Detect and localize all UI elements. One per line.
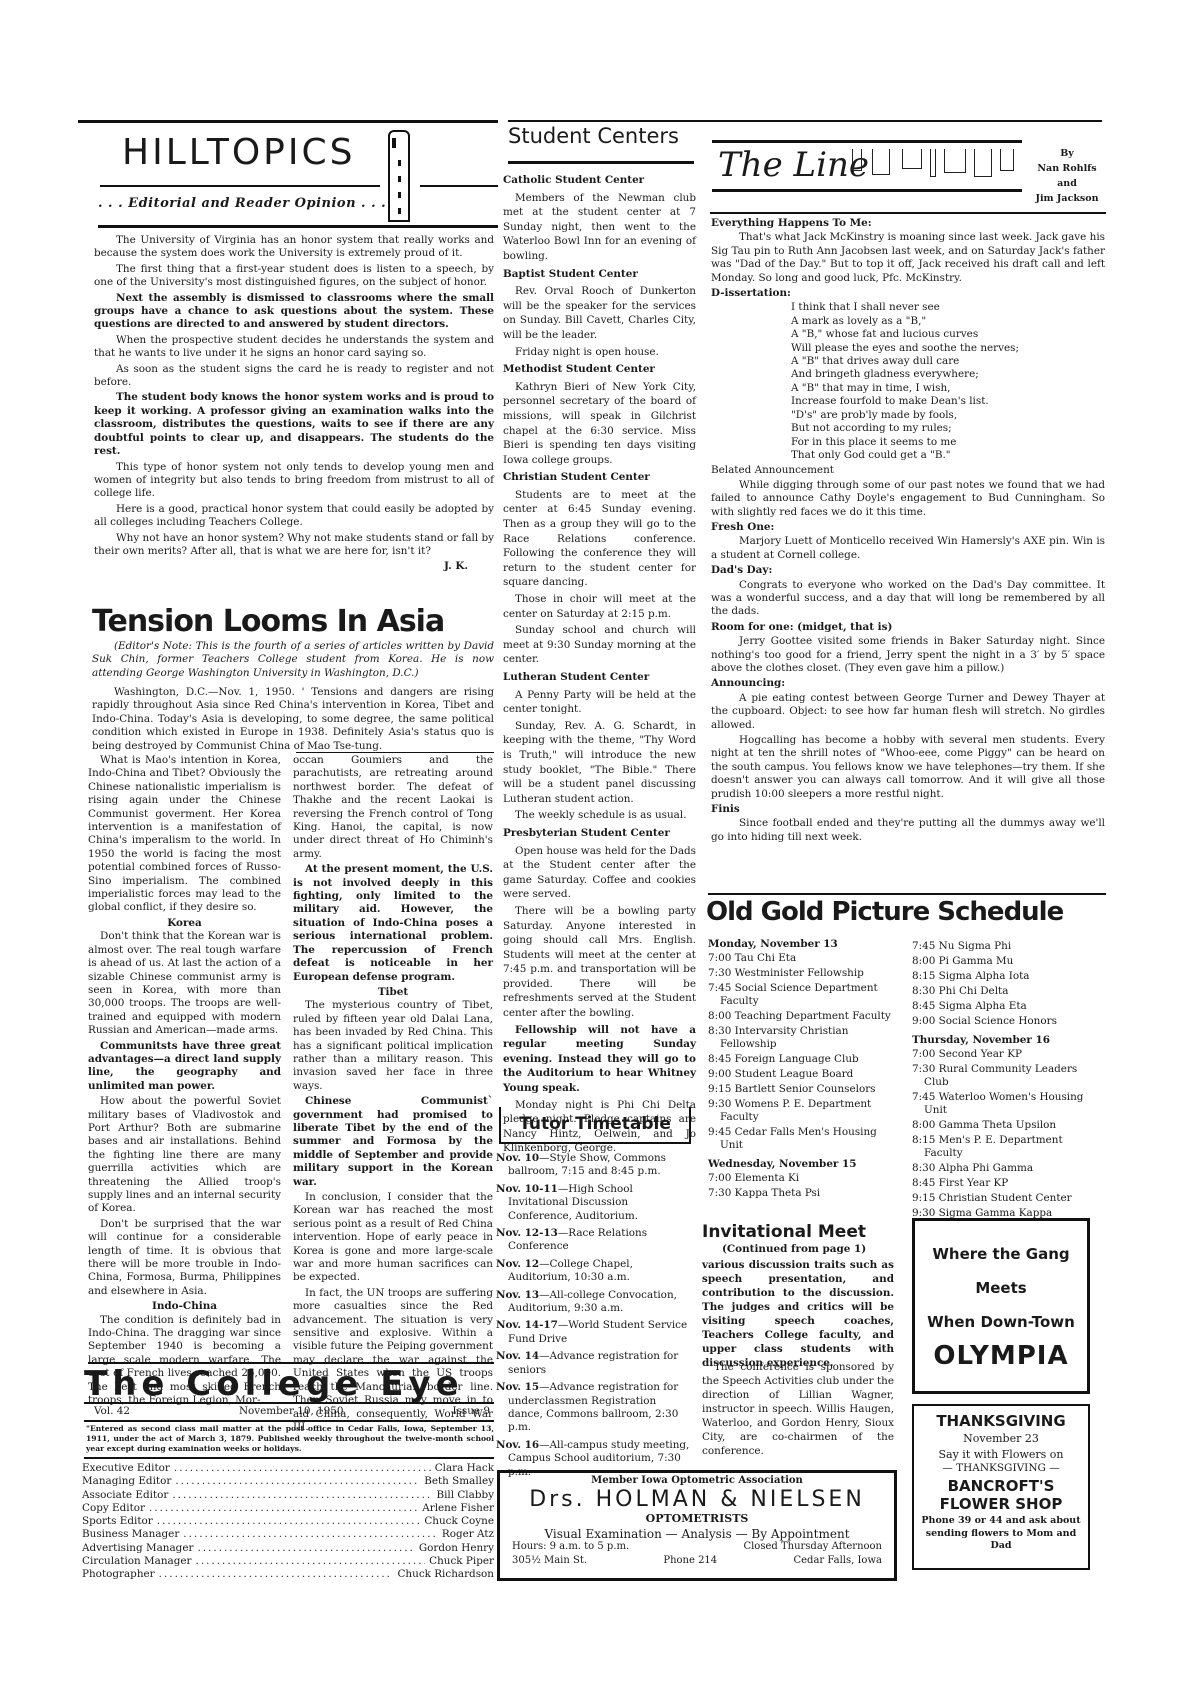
schedule-item: 9:45 Cedar Falls Men's Housing Unit [708, 1126, 896, 1152]
poem-line: And bringeth gladness everywhere; [791, 368, 1105, 381]
olympia-ad: Where the Gang Meets When Down-Town OLYM… [912, 1218, 1090, 1394]
divider [710, 212, 1106, 214]
poem-line: That only God could get a "B." [791, 449, 1105, 462]
schedule-item: 8:30 Phi Chi Delta [912, 985, 1102, 998]
column-heading: Dad's Day: [711, 564, 1105, 577]
timetable-date: Nov. 13 [496, 1289, 539, 1301]
tutor-timetable-list: Nov. 10—Style Show, Commons ballroom, 7:… [496, 1152, 694, 1483]
staff-role: Copy Editor [82, 1502, 145, 1515]
schedule-item: 9:00 Social Science Honors [912, 1015, 1102, 1028]
poem-line: "D's" are prob'ly made by fools, [791, 409, 1105, 422]
schedule-item: 8:00 Pi Gamma Mu [912, 955, 1102, 968]
student-centers-title: Student Centers [508, 124, 679, 148]
center-paragraph: Friday night is open house. [503, 345, 696, 360]
timetable-dash: — [539, 1350, 549, 1362]
column-paragraph: Marjory Luett of Monticello received Win… [711, 535, 1105, 562]
schedule-item: 9:15 Bartlett Senior Counselors [708, 1083, 896, 1096]
center-paragraph: The weekly schedule is as usual. [503, 808, 696, 823]
staff-name: Chuck Coyne [424, 1515, 494, 1528]
editorial-paragraph: As soon as the student signs the card he… [94, 363, 494, 390]
timetable-date: Nov. 12 [496, 1258, 539, 1270]
timetable-item: Nov. 12—College Chapel, Auditorium, 10:3… [496, 1258, 694, 1285]
staff-role: Associate Editor [82, 1489, 168, 1502]
services: Visual Examination — Analysis — By Appoi… [500, 1527, 894, 1541]
schedule-item: 8:15 Sigma Alpha Iota [912, 970, 1102, 983]
schedule-item: 8:45 Sigma Alpha Eta [912, 1000, 1102, 1013]
timetable-dash: — [539, 1152, 549, 1164]
article-paragraph: Don't be surprised that the war will con… [88, 1218, 281, 1298]
timetable-date: Nov. 10-11 [496, 1183, 558, 1195]
staff-name: Gordon Henry [419, 1542, 494, 1555]
staff-role: Executive Editor [82, 1462, 170, 1475]
leader-dots [196, 1555, 426, 1568]
timetable-item: Nov. 10—Style Show, Commons ballroom, 7:… [496, 1152, 694, 1179]
student-centers-body: Catholic Student CenterMembers of the Ne… [503, 170, 696, 1158]
timetable-dash: — [539, 1289, 549, 1301]
column-heading: Fresh One: [711, 521, 1105, 534]
article-paragraph: occan Goumiers and the parachutists, are… [293, 754, 493, 861]
tension-headline: Tension Looms In Asia [92, 604, 444, 639]
column-heading: Room for one: (midget, that is) [711, 621, 1105, 634]
staff-name: Chuck Piper [429, 1555, 494, 1568]
editorial-paragraph: Here is a good, practical honor system t… [94, 503, 494, 530]
article-paragraph: Chinese Communist` government had promis… [293, 1095, 493, 1189]
olympia-name: OLYMPIA [915, 1341, 1087, 1371]
continued-note: (Continued from page 1) [722, 1243, 866, 1255]
address: 305½ Main St. [512, 1555, 587, 1566]
leader-dots [175, 1475, 420, 1488]
timetable-dash: — [558, 1227, 568, 1239]
timetable-date: Nov. 14 [496, 1350, 539, 1362]
postal-notice: "Entered as second class mail matter at … [86, 1424, 494, 1455]
leader-dots [157, 1515, 421, 1528]
divider [84, 1402, 494, 1404]
staff-row: Business ManagerRoger Atz [82, 1528, 494, 1541]
timetable-item: Nov. 13—All-college Convocation, Auditor… [496, 1289, 694, 1316]
timetable-date: Nov. 14-17 [496, 1319, 558, 1331]
tension-column-2: occan Goumiers and the parachutists, are… [293, 754, 493, 1436]
staff-role: Business Manager [82, 1528, 179, 1541]
timetable-item: Nov. 14-17—World Student Service Fund Dr… [496, 1319, 694, 1346]
leader-dots [183, 1528, 438, 1541]
poem: I think that I shall never seeA mark as … [791, 301, 1105, 462]
staff-row: PhotographerChuck Richardson [82, 1568, 494, 1581]
divider [708, 893, 1106, 895]
timetable-item: Nov. 12-13—Race Relations Conference [496, 1227, 694, 1254]
article-paragraph: What is Mao's intention in Korea, Indo-C… [88, 754, 281, 915]
poem-line: For in this place it seems to me [791, 436, 1105, 449]
center-heading: Baptist Student Center [503, 267, 696, 282]
editorial-paragraph: Why not have an honor system? Why not ma… [94, 532, 494, 559]
center-paragraph: Sunday, Rev. A. G. Schardt, in keeping w… [503, 719, 696, 807]
center-heading: Christian Student Center [503, 470, 696, 485]
divider [84, 1457, 494, 1459]
divider [98, 225, 498, 228]
hilltopics-subtitle: . . . Editorial and Reader Opinion . . . [98, 196, 386, 211]
staff-row: Circulation ManagerChuck Piper [82, 1555, 494, 1568]
byline-by: By [1030, 146, 1104, 161]
center-paragraph: Open house was held for the Dads at the … [503, 844, 696, 902]
schedule-day: Thursday, November 16 [912, 1034, 1102, 1046]
old-gold-title: Old Gold Picture Schedule [706, 897, 1063, 927]
tension-column-1: What is Mao's intention in Korea, Indo-C… [88, 754, 281, 1410]
staff-name: Beth Smalley [424, 1475, 494, 1488]
byline-author-2: Jim Jackson [1030, 191, 1104, 206]
schedule-item: 9:15 Christian Student Center [912, 1192, 1102, 1205]
editorial-paragraph: When the prospective student decides he … [94, 334, 494, 361]
column-rule [296, 752, 494, 753]
divider [100, 185, 380, 187]
timetable-dash: — [539, 1439, 549, 1451]
city: Cedar Falls, Iowa [793, 1555, 882, 1566]
timetable-date: Nov. 15 [496, 1381, 539, 1393]
poem-line: Will please the eyes and soothe the nerv… [791, 342, 1105, 355]
center-paragraph: A Penny Party will be held at the center… [503, 688, 696, 717]
tutor-timetable-box: Tutor Timetable [499, 1107, 691, 1144]
staff-name: Bill Clabby [436, 1489, 494, 1502]
olympia-line-2: Meets [915, 1279, 1087, 1297]
schedule-item: 8:00 Gamma Theta Upsilon [912, 1119, 1102, 1132]
column-heading: Everything Happens To Me: [711, 217, 1105, 230]
top-rule [706, 120, 1102, 122]
hilltopics-title: HILLTOPICS [122, 132, 355, 173]
hours: Hours: 9 a.m. to 5 p.m. [512, 1541, 629, 1552]
column-paragraph: A pie eating contest between George Turn… [711, 692, 1105, 732]
schedule-item: 8:45 First Year KP [912, 1177, 1102, 1190]
bancroft-holiday: — THANKSGIVING — [914, 1462, 1088, 1474]
schedule-item: 7:45 Social Science Department Faculty [708, 982, 896, 1008]
staff-row: Executive EditorClara Hack [82, 1462, 494, 1475]
article-paragraph: At the present moment, the U.S. is not i… [293, 863, 493, 984]
center-paragraph: Kathryn Bieri of New York City, personne… [503, 380, 696, 468]
center-heading: Catholic Student Center [503, 173, 696, 188]
staff-list: Executive EditorClara HackManaging Edito… [82, 1462, 494, 1582]
the-line-banner: The Line [712, 140, 1022, 192]
center-paragraph: There will be a bowling party Saturday. … [503, 904, 696, 1021]
tension-lead: Washington, D.C.—Nov. 1, 1950. ' Tension… [92, 686, 494, 753]
staff-role: Sports Editor [82, 1515, 153, 1528]
column-paragraph: That's what Jack McKinstry is moaning si… [711, 231, 1105, 285]
schedule-item: 9:30 Womens P. E. Department Faculty [708, 1098, 896, 1124]
invitational-title: Invitational Meet [702, 1222, 866, 1242]
timetable-dash: — [558, 1319, 568, 1331]
article-paragraph: In conclusion, I consider that the Korea… [293, 1191, 493, 1285]
center-heading: Methodist Student Center [503, 362, 696, 377]
schedule-item: 8:45 Foreign Language Club [708, 1053, 896, 1066]
staff-role: Photographer [82, 1568, 155, 1581]
staff-row: Associate EditorBill Clabby [82, 1489, 494, 1502]
staff-role: Circulation Manager [82, 1555, 192, 1568]
editorial-body: The University of Virginia has an honor … [94, 234, 494, 574]
address-row: 305½ Main St. Phone 214 Cedar Falls, Iow… [500, 1555, 894, 1566]
tutor-timetable-title: Tutor Timetable [501, 1114, 689, 1134]
bancroft-name-1: BANCROFT'S [914, 1477, 1088, 1495]
center-paragraph: Members of the Newman club met at the st… [503, 191, 696, 264]
staff-row: Managing EditorBeth Smalley [82, 1475, 494, 1488]
staff-name: Roger Atz [442, 1528, 494, 1541]
column-paragraph: Jerry Goottee visited some friends in Ba… [711, 635, 1105, 675]
timetable-dash: — [539, 1381, 549, 1393]
staff-name: Clara Hack [435, 1462, 494, 1475]
schedule-item: 7:00 Elementa Ki [708, 1172, 896, 1185]
column-paragraph: While digging through some of our past n… [711, 479, 1105, 519]
editorial-paragraph: Next the assembly is dismissed to classr… [94, 292, 494, 332]
top-rule [508, 120, 708, 122]
bell-tower-icon [388, 130, 410, 222]
editorial-paragraph: This type of honor system not only tends… [94, 461, 494, 501]
schedule-item: 7:45 Waterloo Women's Housing Unit [912, 1091, 1102, 1117]
issue-date: November 10, 1950 [239, 1405, 344, 1417]
the-line-byline: By Nan Rohlfs and Jim Jackson [1030, 146, 1104, 206]
bancroft-name-2: FLOWER SHOP [914, 1495, 1088, 1513]
schedule-day: Monday, November 13 [708, 938, 896, 950]
optometrist-ad: Member Iowa Optometric Association Drs. … [497, 1470, 897, 1581]
the-line-body: Everything Happens To Me:That's what Jac… [711, 215, 1105, 846]
staff-row: Sports EditorChuck Coyne [82, 1515, 494, 1528]
poem-line: A "B," whose fat and lucious curves [791, 328, 1105, 341]
staff-row: Copy EditorArlene Fisher [82, 1502, 494, 1515]
schedule-item: 9:00 Student League Board [708, 1068, 896, 1081]
timetable-item: Nov. 10-11—High School Invitational Disc… [496, 1183, 694, 1223]
leader-dots [174, 1462, 431, 1475]
bancroft-headline: THANKSGIVING [914, 1412, 1088, 1430]
poem-line: A "B" that may in time, I wish, [791, 382, 1105, 395]
closed: Closed Thursday Afternoon [743, 1541, 882, 1552]
center-paragraph: Students are to meet at the center at 6:… [503, 488, 696, 590]
center-paragraph: Sunday school and church will meet at 9:… [503, 623, 696, 667]
schedule-item: 7:30 Westminister Fellowship [708, 967, 896, 980]
timetable-date: Nov. 16 [496, 1439, 539, 1451]
article-paragraph: Don't think that the Korean war is almos… [88, 930, 281, 1037]
schedule-right: 7:45 Nu Sigma Phi8:00 Pi Gamma Mu8:15 Si… [912, 940, 1102, 1222]
bancroft-say: Say it with Flowers on [914, 1448, 1088, 1461]
subhead: Indo-China [88, 1300, 281, 1313]
column-heading: Finis [711, 803, 1105, 816]
editorial-paragraph: The student body knows the honor system … [94, 391, 494, 458]
schedule-item: 7:00 Tau Chi Eta [708, 952, 896, 965]
timetable-item: Nov. 14—Advance registration for seniors [496, 1350, 694, 1377]
olympia-line-3: When Down-Town [915, 1313, 1087, 1331]
divider [420, 185, 498, 187]
timetable-item: Nov. 15—Advance registration for undercl… [496, 1381, 694, 1435]
poem-line: A mark as lovely as a "B," [791, 315, 1105, 328]
schedule-item: 7:30 Rural Community Leaders Club [912, 1063, 1102, 1089]
schedule-item: 7:45 Nu Sigma Phi [912, 940, 1102, 953]
staff-row: Advertising ManagerGordon Henry [82, 1542, 494, 1555]
leader-dots [159, 1568, 394, 1581]
timetable-date: Nov. 10 [496, 1152, 539, 1164]
timetable-date: Nov. 12-13 [496, 1227, 558, 1239]
timetable-dash: — [558, 1183, 568, 1195]
bancroft-ad: THANKSGIVING November 23 Say it with Flo… [912, 1404, 1090, 1570]
poem-line: Increase fourfold to make Dean's list. [791, 395, 1105, 408]
schedule-item: 8:30 Intervarsity Christian Fellowship [708, 1025, 896, 1051]
schedule-item: 8:00 Teaching Department Faculty [708, 1010, 896, 1023]
article-paragraph: The mysterious country of Tibet, ruled b… [293, 999, 493, 1093]
column-heading: D-issertation: [711, 287, 1105, 300]
editorial-paragraph: The University of Virginia has an honor … [94, 234, 494, 261]
staff-name: Arlene Fisher [422, 1502, 494, 1515]
schedule-left: Monday, November 137:00 Tau Chi Eta7:30 … [708, 938, 896, 1202]
poem-line: A "B" that drives away dull care [791, 355, 1105, 368]
schedule-day: Wednesday, November 15 [708, 1158, 896, 1170]
column-paragraph: Congrats to everyone who worked on the D… [711, 579, 1105, 619]
center-paragraph: Fellowship will not have a regular meeti… [503, 1023, 696, 1096]
phone: Phone 214 [663, 1555, 717, 1566]
center-paragraph: Those in choir will meet at the center o… [503, 592, 696, 621]
masthead-dateline: Vol. 42 November 10, 1950 Issue 9 [94, 1405, 490, 1417]
column-paragraph: Hogcalling has become a hobby with sever… [711, 734, 1105, 801]
center-heading: Presbyterian Student Center [503, 826, 696, 841]
bancroft-phone: Phone 39 or 44 and ask about sending flo… [914, 1515, 1088, 1553]
column-heading: Announcing: [711, 677, 1105, 690]
signature: J. K. [94, 560, 494, 573]
editors-note: (Editor's Note: This is the fourth of a … [92, 640, 494, 680]
hours-row: Hours: 9 a.m. to 5 p.m. Closed Thursday … [500, 1541, 894, 1552]
article-paragraph: How about the powerful Soviet military b… [88, 1095, 281, 1216]
poem-line: I think that I shall never see [791, 301, 1105, 314]
leader-dots [172, 1489, 432, 1502]
schedule-item: 8:30 Alpha Phi Gamma [912, 1162, 1102, 1175]
profession: OPTOMETRISTS [500, 1512, 894, 1525]
the-line-logo: The Line [718, 145, 869, 185]
column-paragraph: Since football ended and they're putting… [711, 817, 1105, 844]
olympia-line-1: Where the Gang [915, 1245, 1087, 1263]
subhead: Korea [88, 917, 281, 930]
divider [84, 1420, 494, 1422]
schedule-item: 8:15 Men's P. E. Department Faculty [912, 1134, 1102, 1160]
byline-and: and [1030, 176, 1104, 191]
column-heading: Belated Announcement [711, 464, 1105, 477]
masthead-title: The College Eye [84, 1364, 464, 1404]
invitational-para: The conference is sponsored by the Speec… [702, 1360, 894, 1458]
byline-author-1: Nan Rohlfs [1030, 161, 1104, 176]
staff-name: Chuck Richardson [397, 1568, 494, 1581]
staff-role: Managing Editor [82, 1475, 171, 1488]
staff-role: Advertising Manager [82, 1542, 193, 1555]
leader-dots [197, 1542, 414, 1555]
bancroft-date: November 23 [914, 1432, 1088, 1445]
top-rule [78, 120, 498, 123]
center-heading: Lutheran Student Center [503, 670, 696, 685]
editorial-paragraph: The first thing that a first-year studen… [94, 263, 494, 290]
volume: Vol. 42 [94, 1405, 130, 1417]
optometrist-name: Drs. HOLMAN & NIELSEN [500, 1487, 894, 1512]
poem-line: But not according to my rules; [791, 422, 1105, 435]
schedule-item: 7:30 Kappa Theta Psi [708, 1187, 896, 1200]
invitational-bold-para: various discussion traits such as speech… [702, 1258, 894, 1370]
divider [508, 161, 694, 164]
association-line: Member Iowa Optometric Association [500, 1475, 894, 1486]
center-paragraph: Rev. Orval Rooch of Dunkerton will be th… [503, 284, 696, 342]
article-paragraph: Communitsts have three great advantages—… [88, 1040, 281, 1094]
issue-number: Issue 9 [452, 1405, 490, 1417]
subhead: Tibet [293, 986, 493, 999]
schedule-item: 7:00 Second Year KP [912, 1048, 1102, 1061]
timetable-dash: — [539, 1258, 549, 1270]
leader-dots [149, 1502, 418, 1515]
